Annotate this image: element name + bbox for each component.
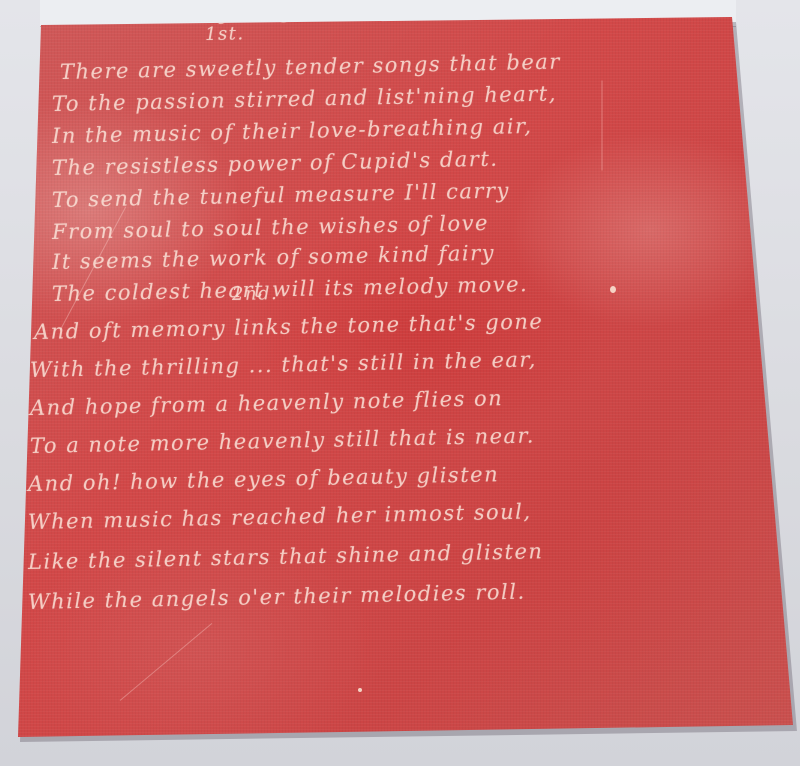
poem-line: While the angels o'er their melodies rol… (28, 580, 526, 614)
poem-line: To a note more heavenly still that is ne… (30, 423, 535, 458)
poem-line: In the music of their love-breathing air… (52, 114, 533, 148)
stanza-1-number: 1st. (205, 23, 245, 45)
poem-line: It seems the work of some kind fairy (52, 241, 495, 274)
paper-speck (610, 286, 616, 293)
poem-line: To send the tuneful measure I'll carry (52, 178, 510, 212)
poem-line: And hope from a heavenly note flies on (30, 386, 504, 420)
handwritten-script: over my song, 1st. There are sweetly ten… (0, 0, 800, 766)
poem-line: To the passion stirred and list'ning hea… (52, 81, 557, 116)
poem-line: The resistless power of Cupid's dart. (52, 147, 499, 180)
paper-scratch (120, 623, 213, 701)
poem-line: There are sweetly tender songs that bear (60, 50, 561, 84)
poem-line: And oh! how the eyes of beauty glisten (28, 462, 500, 496)
poem-line: The coldest heart will its melody move. (52, 272, 529, 306)
poem-line: Like the silent stars that shine and gli… (28, 539, 544, 574)
paper-scratch (602, 81, 603, 171)
photo-scene: over my song, 1st. There are sweetly ten… (0, 0, 800, 766)
poem-line: When music has reached her inmost soul, (28, 499, 532, 534)
poem-line: With the thrilling ... that's still in t… (30, 347, 537, 382)
paper-speck (358, 688, 362, 692)
stanza-2-number: 2nd. (232, 283, 279, 305)
poem-line: From soul to soul the wishes of love (52, 211, 489, 244)
poem-line: And oft memory links the tone that's gon… (34, 309, 544, 344)
